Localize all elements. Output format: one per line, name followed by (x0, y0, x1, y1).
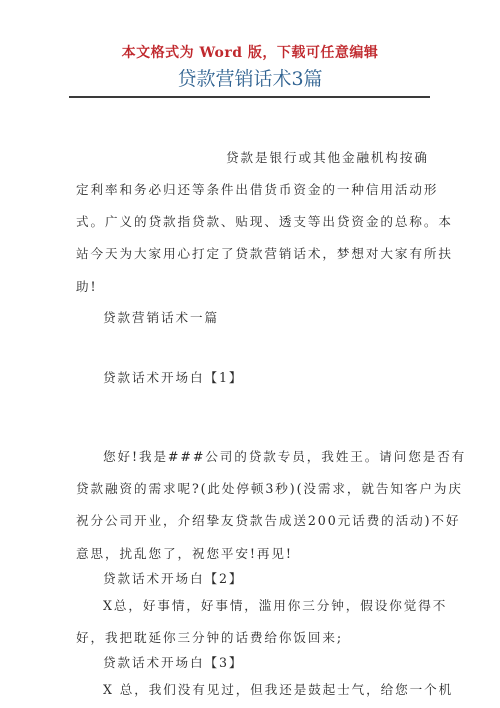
opening-3-line-1: X 总，我们没有见过，但我还是鼓起士气，给您一个机 (103, 682, 428, 698)
opening-1-line-4: 意思，扰乱您了，祝您平安!再见! (76, 546, 428, 562)
intro-line-4: 站今天为大家用心打定了贷款营销话术，梦想对大家有所扶 (76, 246, 428, 262)
opening-1-line-3: 祝分公司开业，介绍挚友贷款告成送200元话费的活动)不好 (76, 513, 428, 529)
opening-3-heading: 贷款话术开场白【3】 (103, 655, 455, 671)
word-format-notice: 本文格式为 Word 版，下载可任意编辑 (0, 42, 500, 62)
title-divider (69, 96, 430, 98)
document-page: 本文格式为 Word 版，下载可任意编辑 贷款营销话术3篇 贷款是银行或其他金融… (0, 0, 500, 708)
opening-2-line-1: X总，好事情，好事情，滥用你三分钟，假设你觉得不 (103, 598, 428, 614)
intro-line-3: 式。广义的贷款指贷款、贴现、透支等出贷资金的总称。本 (76, 214, 428, 230)
opening-1-heading: 贷款话术开场白【1】 (103, 370, 455, 386)
document-title: 贷款营销话术3篇 (0, 64, 500, 91)
opening-2-line-2: 好，我把耽延你三分钟的话费给你饭回来; (76, 630, 428, 646)
intro-line-2: 定利率和务必归还等条件出借货币资金的一种信用活动形 (76, 182, 428, 198)
opening-2-heading: 贷款话术开场白【2】 (103, 571, 455, 587)
opening-1-line-1: 您好!我是###公司的贷款专员，我姓王。请问您是否有 (103, 449, 428, 465)
opening-1-line-2: 贷款融资的需求呢?(此处停顿3秒)(没需求，就告知客户为庆 (76, 481, 428, 497)
intro-line-1: 贷款是银行或其他金融机构按确 (226, 150, 428, 166)
intro-line-5: 助! (76, 279, 428, 295)
section-heading: 贷款营销话术一篇 (103, 310, 455, 326)
